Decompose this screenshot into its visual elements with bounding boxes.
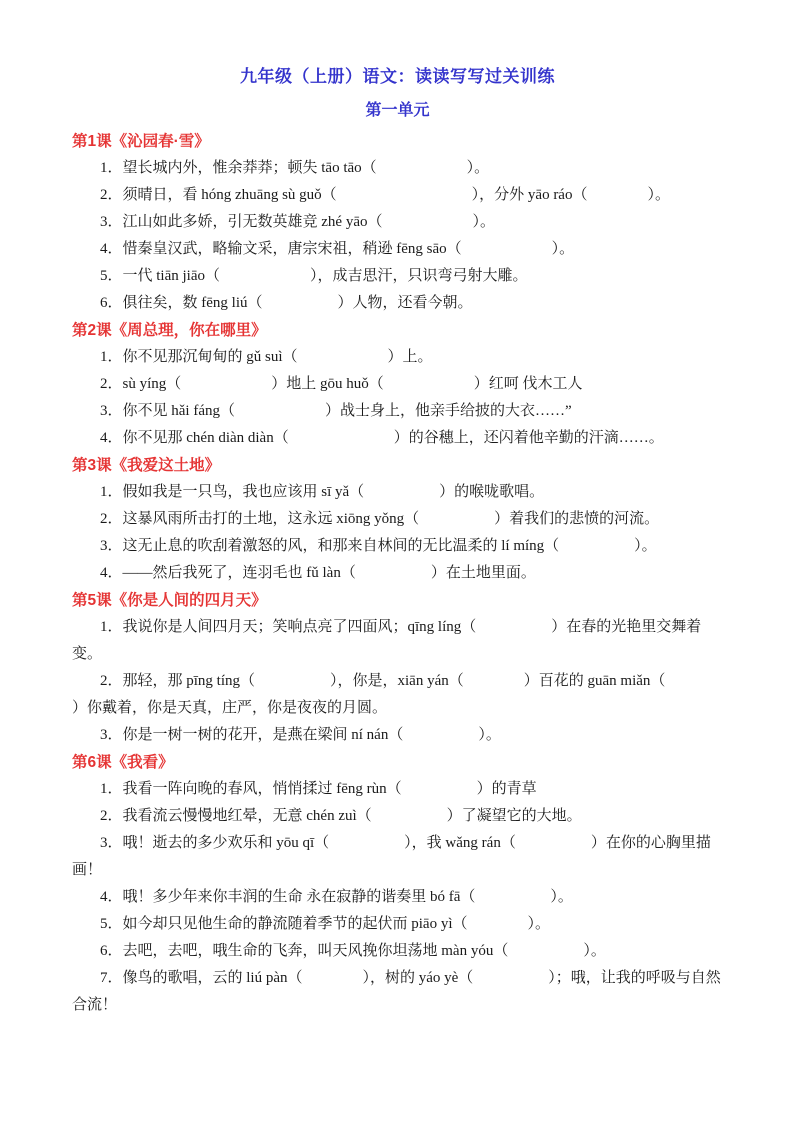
exercise-item: 5．一代 tiān jiāo（ ），成吉思汗，只识弯弓射大雕。 <box>72 263 723 290</box>
exercise-item: 3．这无止息的吹刮着激怒的风，和那来自林间的无比温柔的 lí míng（ ）。 <box>72 533 723 560</box>
lesson-section: 第2课《周总理，你在哪里》1．你不见那沉甸甸的 gǔ suì（ ）上。2．sù … <box>72 317 723 452</box>
exercise-item: 2．我看流云慢慢地红晕，无意 chén zuì（ ）了凝望它的大地。 <box>72 803 723 830</box>
lesson-section: 第3课《我爱这土地》1．假如我是一只鸟，我也应该用 sī yǎ（ ）的喉咙歌唱。… <box>72 452 723 587</box>
exercise-item: 4．哦！多少年来你丰润的生命 永在寂静的谐奏里 bó fā（ ）。 <box>72 884 723 911</box>
lessons: 第1课《沁园春·雪》1．望长城内外，惟余莽莽；顿失 tāo tāo（ ）。2．须… <box>72 128 723 1019</box>
lesson-section: 第1课《沁园春·雪》1．望长城内外，惟余莽莽；顿失 tāo tāo（ ）。2．须… <box>72 128 723 317</box>
lesson-heading: 第2课《周总理，你在哪里》 <box>72 317 723 344</box>
worksheet-page: 九年级（上册）语文：读读写写过关训练 第一单元 第1课《沁园春·雪》1．望长城内… <box>0 0 793 1122</box>
exercise-item: 1．望长城内外，惟余莽莽；顿失 tāo tāo（ ）。 <box>72 155 723 182</box>
lesson-heading: 第5课《你是人间的四月天》 <box>72 587 723 614</box>
exercise-item: 1．我说你是人间四月天；笑响点亮了四面风；qīng líng（ ）在春的光艳里交… <box>72 614 723 668</box>
exercise-item: 4．你不见那 chén diàn diàn（ ）的谷穗上，还闪着他辛勤的汗滴……… <box>72 425 723 452</box>
document-title: 九年级（上册）语文：读读写写过关训练 <box>72 64 723 90</box>
exercise-item: 2．那轻，那 pīng tíng（ ），你是，xiān yán（ ）百花的 gu… <box>72 668 723 722</box>
exercise-item: 2．这暴风雨所击打的土地，这永远 xiōng yǒng（ ）着我们的悲愤的河流。 <box>72 506 723 533</box>
exercise-item: 1．假如我是一只鸟，我也应该用 sī yǎ（ ）的喉咙歌唱。 <box>72 479 723 506</box>
exercise-item: 7．像鸟的歌唱，云的 liú pàn（ ），树的 yáo yè（ ）；哦，让我的… <box>72 965 723 1019</box>
unit-subtitle: 第一单元 <box>72 98 723 124</box>
exercise-item: 5．如今却只见他生命的静流随着季节的起伏而 piāo yì（ ）。 <box>72 911 723 938</box>
exercise-item: 6．俱往矣，数 fēng liú（ ）人物，还看今朝。 <box>72 290 723 317</box>
lesson-section: 第6课《我看》1．我看一阵向晚的春风，悄悄揉过 fēng rùn（ ）的青草2．… <box>72 749 723 1019</box>
exercise-item: 3．你不见 hǎi fáng（ ）战士身上，他亲手给披的大衣……” <box>72 398 723 425</box>
lesson-heading: 第6课《我看》 <box>72 749 723 776</box>
lesson-heading: 第1课《沁园春·雪》 <box>72 128 723 155</box>
exercise-item: 2．sù yíng（ ）地上 gōu huǒ（ ）红呵 伐木工人 <box>72 371 723 398</box>
lesson-heading: 第3课《我爱这土地》 <box>72 452 723 479</box>
exercise-item: 3．江山如此多娇，引无数英雄竞 zhé yāo（ ）。 <box>72 209 723 236</box>
exercise-item: 4．——然后我死了，连羽毛也 fǔ làn（ ）在土地里面。 <box>72 560 723 587</box>
lesson-section: 第5课《你是人间的四月天》1．我说你是人间四月天；笑响点亮了四面风；qīng l… <box>72 587 723 749</box>
exercise-item: 6．去吧，去吧，哦生命的飞奔，叫天风挽你坦荡地 màn yóu（ ）。 <box>72 938 723 965</box>
exercise-item: 2．须晴日，看 hóng zhuāng sù guǒ（ ），分外 yāo ráo… <box>72 182 723 209</box>
exercise-item: 4．惜秦皇汉武，略输文采，唐宗宋祖，稍逊 fēng sāo（ ）。 <box>72 236 723 263</box>
exercise-item: 3．哦！逝去的多少欢乐和 yōu qī（ ），我 wǎng rán（ ）在你的心… <box>72 830 723 884</box>
exercise-item: 1．你不见那沉甸甸的 gǔ suì（ ）上。 <box>72 344 723 371</box>
exercise-item: 1．我看一阵向晚的春风，悄悄揉过 fēng rùn（ ）的青草 <box>72 776 723 803</box>
exercise-item: 3．你是一树一树的花开，是燕在梁间 ní nán（ ）。 <box>72 722 723 749</box>
